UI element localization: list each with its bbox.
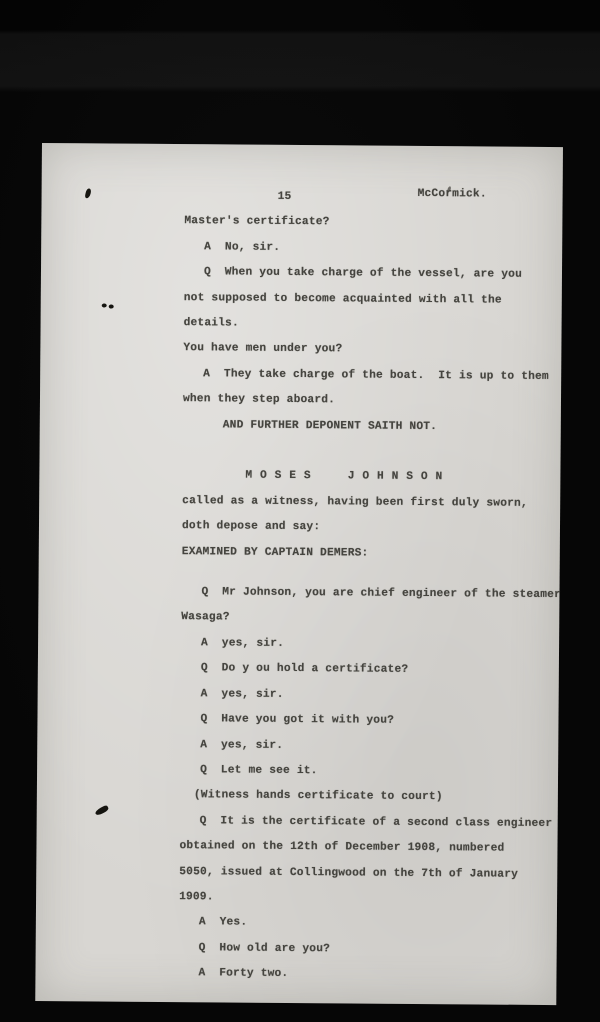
transcript-line: obtained on the 12th of December 1908, n… <box>179 834 559 862</box>
transcript-line: doth depose and say: <box>182 514 562 542</box>
transcript-line: Wasaga? <box>181 606 561 634</box>
section-mccormick-testimony-continued: Master's certificate?A No, sir.Q When yo… <box>183 210 565 442</box>
transcript-line: Q When you take charge of the vessel, ar… <box>204 260 564 288</box>
transcript-line: when they step aboard. <box>183 387 563 415</box>
transcript-line: 1909. <box>179 885 559 913</box>
transcript-line: A yes, sir. <box>200 733 560 761</box>
witness-surname-header: McCormick. <box>418 182 487 208</box>
page-header: 15 McCormick. <box>184 184 564 212</box>
film-scan-background: 15 McCormick. Master's certificate?A No,… <box>0 0 600 1022</box>
transcript-line: EXAMINED BY CAPTAIN DEMERS: <box>182 540 562 568</box>
transcript-line: M O S E S J O H N S O N <box>245 464 562 492</box>
transcript-line: A No, sir. <box>204 235 564 263</box>
transcript-line: (Witness hands certificate to court) <box>194 784 560 812</box>
transcript-body: Master's certificate?A No, sir.Q When yo… <box>178 210 564 990</box>
transcript-line: A yes, sir. <box>201 631 561 659</box>
ink-comma-blot <box>85 188 92 199</box>
transcript-line: A Yes. <box>199 911 559 939</box>
section-witness-called: M O S E S J O H N S O Ncalled as a witne… <box>182 464 563 569</box>
transcript-line: A yes, sir. <box>201 682 561 710</box>
typed-content: 15 McCormick. Master's certificate?A No,… <box>178 184 564 990</box>
transcript-line: Master's certificate? <box>184 210 564 238</box>
transcript-line: Q Have you got it with you? <box>200 707 560 735</box>
transcript-line: Q How old are you? <box>199 936 559 964</box>
document-page: 15 McCormick. Master's certificate?A No,… <box>35 143 563 1005</box>
transcript-line: You have men under you? <box>183 337 563 365</box>
transcript-line: called as a witness, having been first d… <box>182 489 562 517</box>
transcript-line: Q It is the certificate of a second clas… <box>200 809 560 837</box>
transcript-line: Q Mr Johnson, you are chief engineer of … <box>201 580 561 608</box>
page-number: 15 <box>277 185 291 211</box>
ink-curved-smudge <box>94 805 109 817</box>
transcript-line: Q Do y ou hold a certificate? <box>201 657 561 685</box>
transcript-line: Q Let me see it. <box>200 758 560 786</box>
ink-double-dot-blot <box>102 303 107 307</box>
transcript-line: A Forty two. <box>198 961 558 989</box>
transcript-line: 5050, issued at Collingwood on the 7th o… <box>179 860 559 888</box>
section-examination: Q Mr Johnson, you are chief engineer of … <box>178 580 561 989</box>
transcript-line: A They take charge of the boat. It is up… <box>203 362 563 390</box>
transcript-line: AND FURTHER DEPONENT SAITH NOT. <box>223 413 563 441</box>
transcript-line: not supposed to become acquainted with a… <box>183 286 563 340</box>
